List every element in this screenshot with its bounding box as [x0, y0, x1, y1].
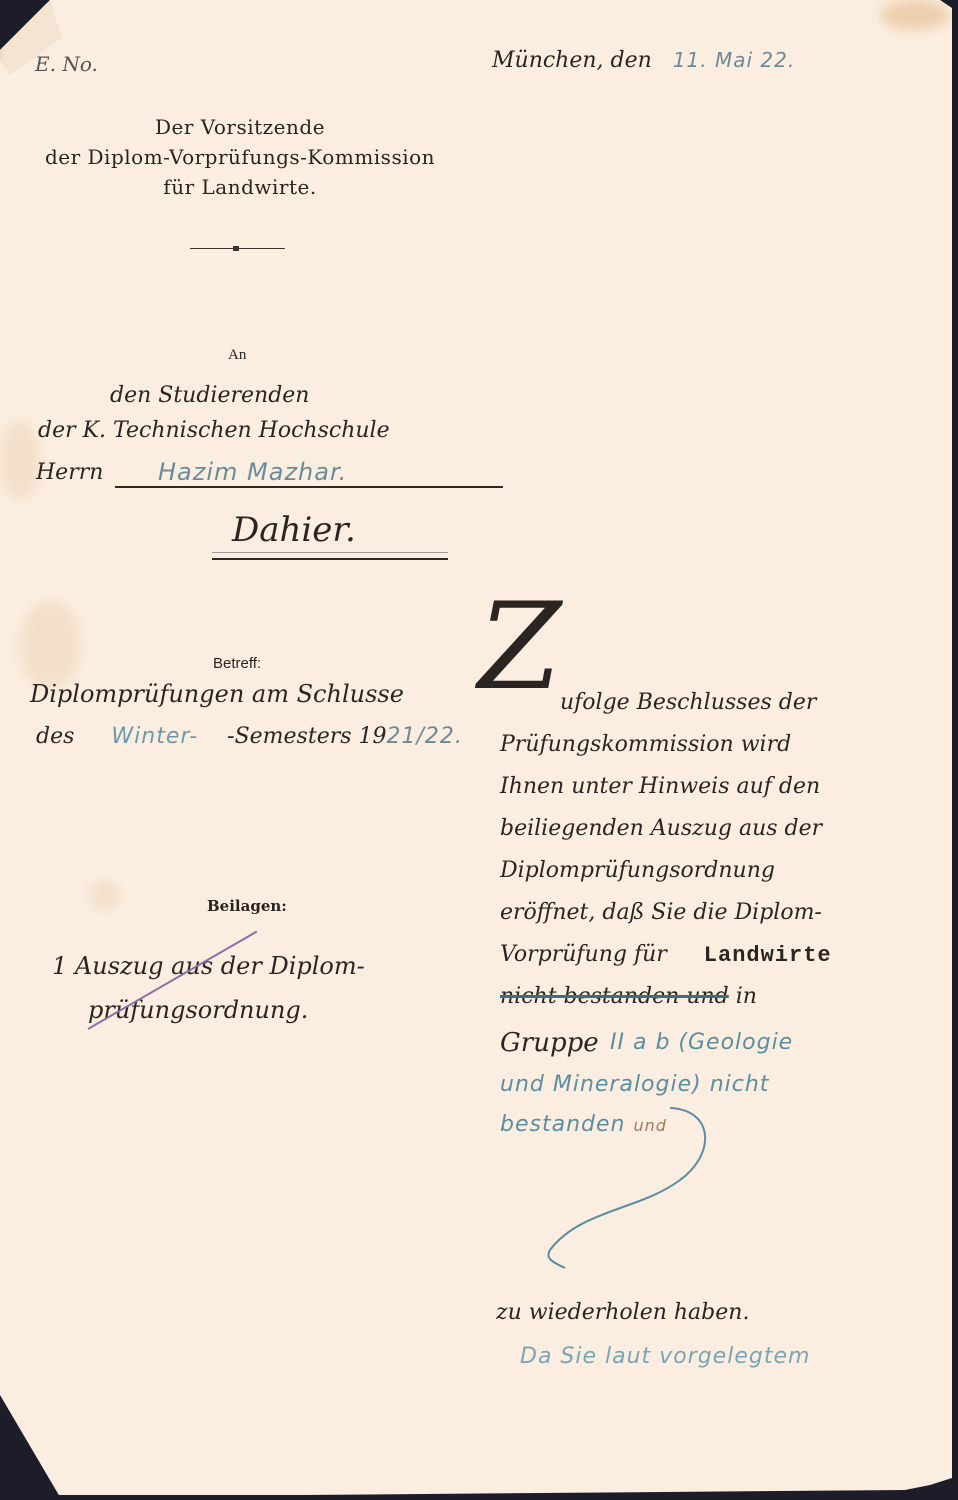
handwritten-subjects: und Mineralogie) nicht — [500, 1072, 769, 1097]
body-line: beiliegenden Auszug aus der — [500, 816, 822, 841]
letterhead: Der Vorsitzende der Diplom-Vorprüfungs-K… — [20, 112, 460, 202]
place-date-line: München, den 11. Mai 22. — [492, 48, 795, 73]
group-label: Gruppe — [500, 1028, 599, 1058]
struck-text: nicht bestanden und — [500, 984, 729, 1009]
body-line: Vorprüfung für Landwirte — [500, 942, 832, 968]
body-line: Gruppe — [500, 1028, 599, 1058]
name-underline — [115, 486, 503, 488]
handwritten-semester: Winter- — [111, 724, 198, 749]
recipient-name-handwritten: Hazim Mazhar. — [158, 458, 347, 486]
subject-line-2: des Winter- -Semesters 1921/22. — [36, 724, 463, 749]
salutation: Herrn — [36, 460, 103, 485]
body-line: Diplomprüfungsordnung — [500, 858, 775, 883]
handwritten-group: II a b (Geologie — [610, 1030, 793, 1055]
enclosure-line-1: 1 Auszug aus der Diplom- — [52, 952, 365, 980]
city-prefix: München, den — [492, 48, 652, 73]
paper-stain — [90, 880, 120, 910]
decorative-initial: Z — [478, 588, 561, 708]
body-line: Prüfungskommission wird — [500, 732, 791, 757]
letterhead-line: der Diplom-Vorprüfungs-Kommission — [20, 142, 460, 172]
body-text: in — [736, 984, 757, 1009]
reference-number-label: E. No. — [35, 52, 98, 76]
subject-suffix: -Semesters 19 — [227, 724, 386, 749]
location-underline — [212, 558, 448, 560]
document-page: E. No. Der Vorsitzende der Diplom-Vorprü… — [0, 0, 952, 1495]
handwritten-final-line: Da Sie laut vorgelegtem — [520, 1344, 810, 1369]
body-line: nicht bestanden und in — [500, 984, 757, 1009]
handwritten-date: 11. Mai 22. — [673, 48, 795, 72]
paper-stain — [20, 600, 80, 690]
recipient-line-2: der K. Technischen Hochschule — [38, 418, 390, 443]
location-underline — [212, 552, 448, 553]
handwritten-year: 21/22. — [387, 724, 463, 749]
decorative-divider — [190, 248, 285, 249]
body-text: Vorprüfung für — [500, 942, 667, 967]
letterhead-line: für Landwirte. — [20, 172, 460, 202]
typed-landwirte: Landwirte — [704, 943, 832, 968]
body-line: eröffnet, daß Sie die Diplom- — [500, 900, 822, 925]
subject-label: Betreff: — [213, 655, 261, 672]
recipient-label: An — [228, 347, 246, 364]
handwritten-flourish — [540, 1100, 740, 1270]
subject-prefix: des — [36, 724, 74, 749]
subject-line-1: Diplomprüfungen am Schlusse — [30, 680, 404, 708]
paper-stain — [0, 420, 40, 500]
body-line: Ihnen unter Hinweis auf den — [500, 774, 820, 799]
recipient-location: Dahier. — [232, 510, 356, 550]
body-line: ufolge Beschlusses der — [560, 690, 816, 715]
paper-stain — [880, 0, 950, 30]
closing-line: zu wiederholen haben. — [496, 1300, 749, 1325]
recipient-line-1: den Studierenden — [110, 383, 309, 408]
enclosures-label: Beilagen: — [207, 897, 287, 915]
letterhead-line: Der Vorsitzende — [20, 112, 460, 142]
